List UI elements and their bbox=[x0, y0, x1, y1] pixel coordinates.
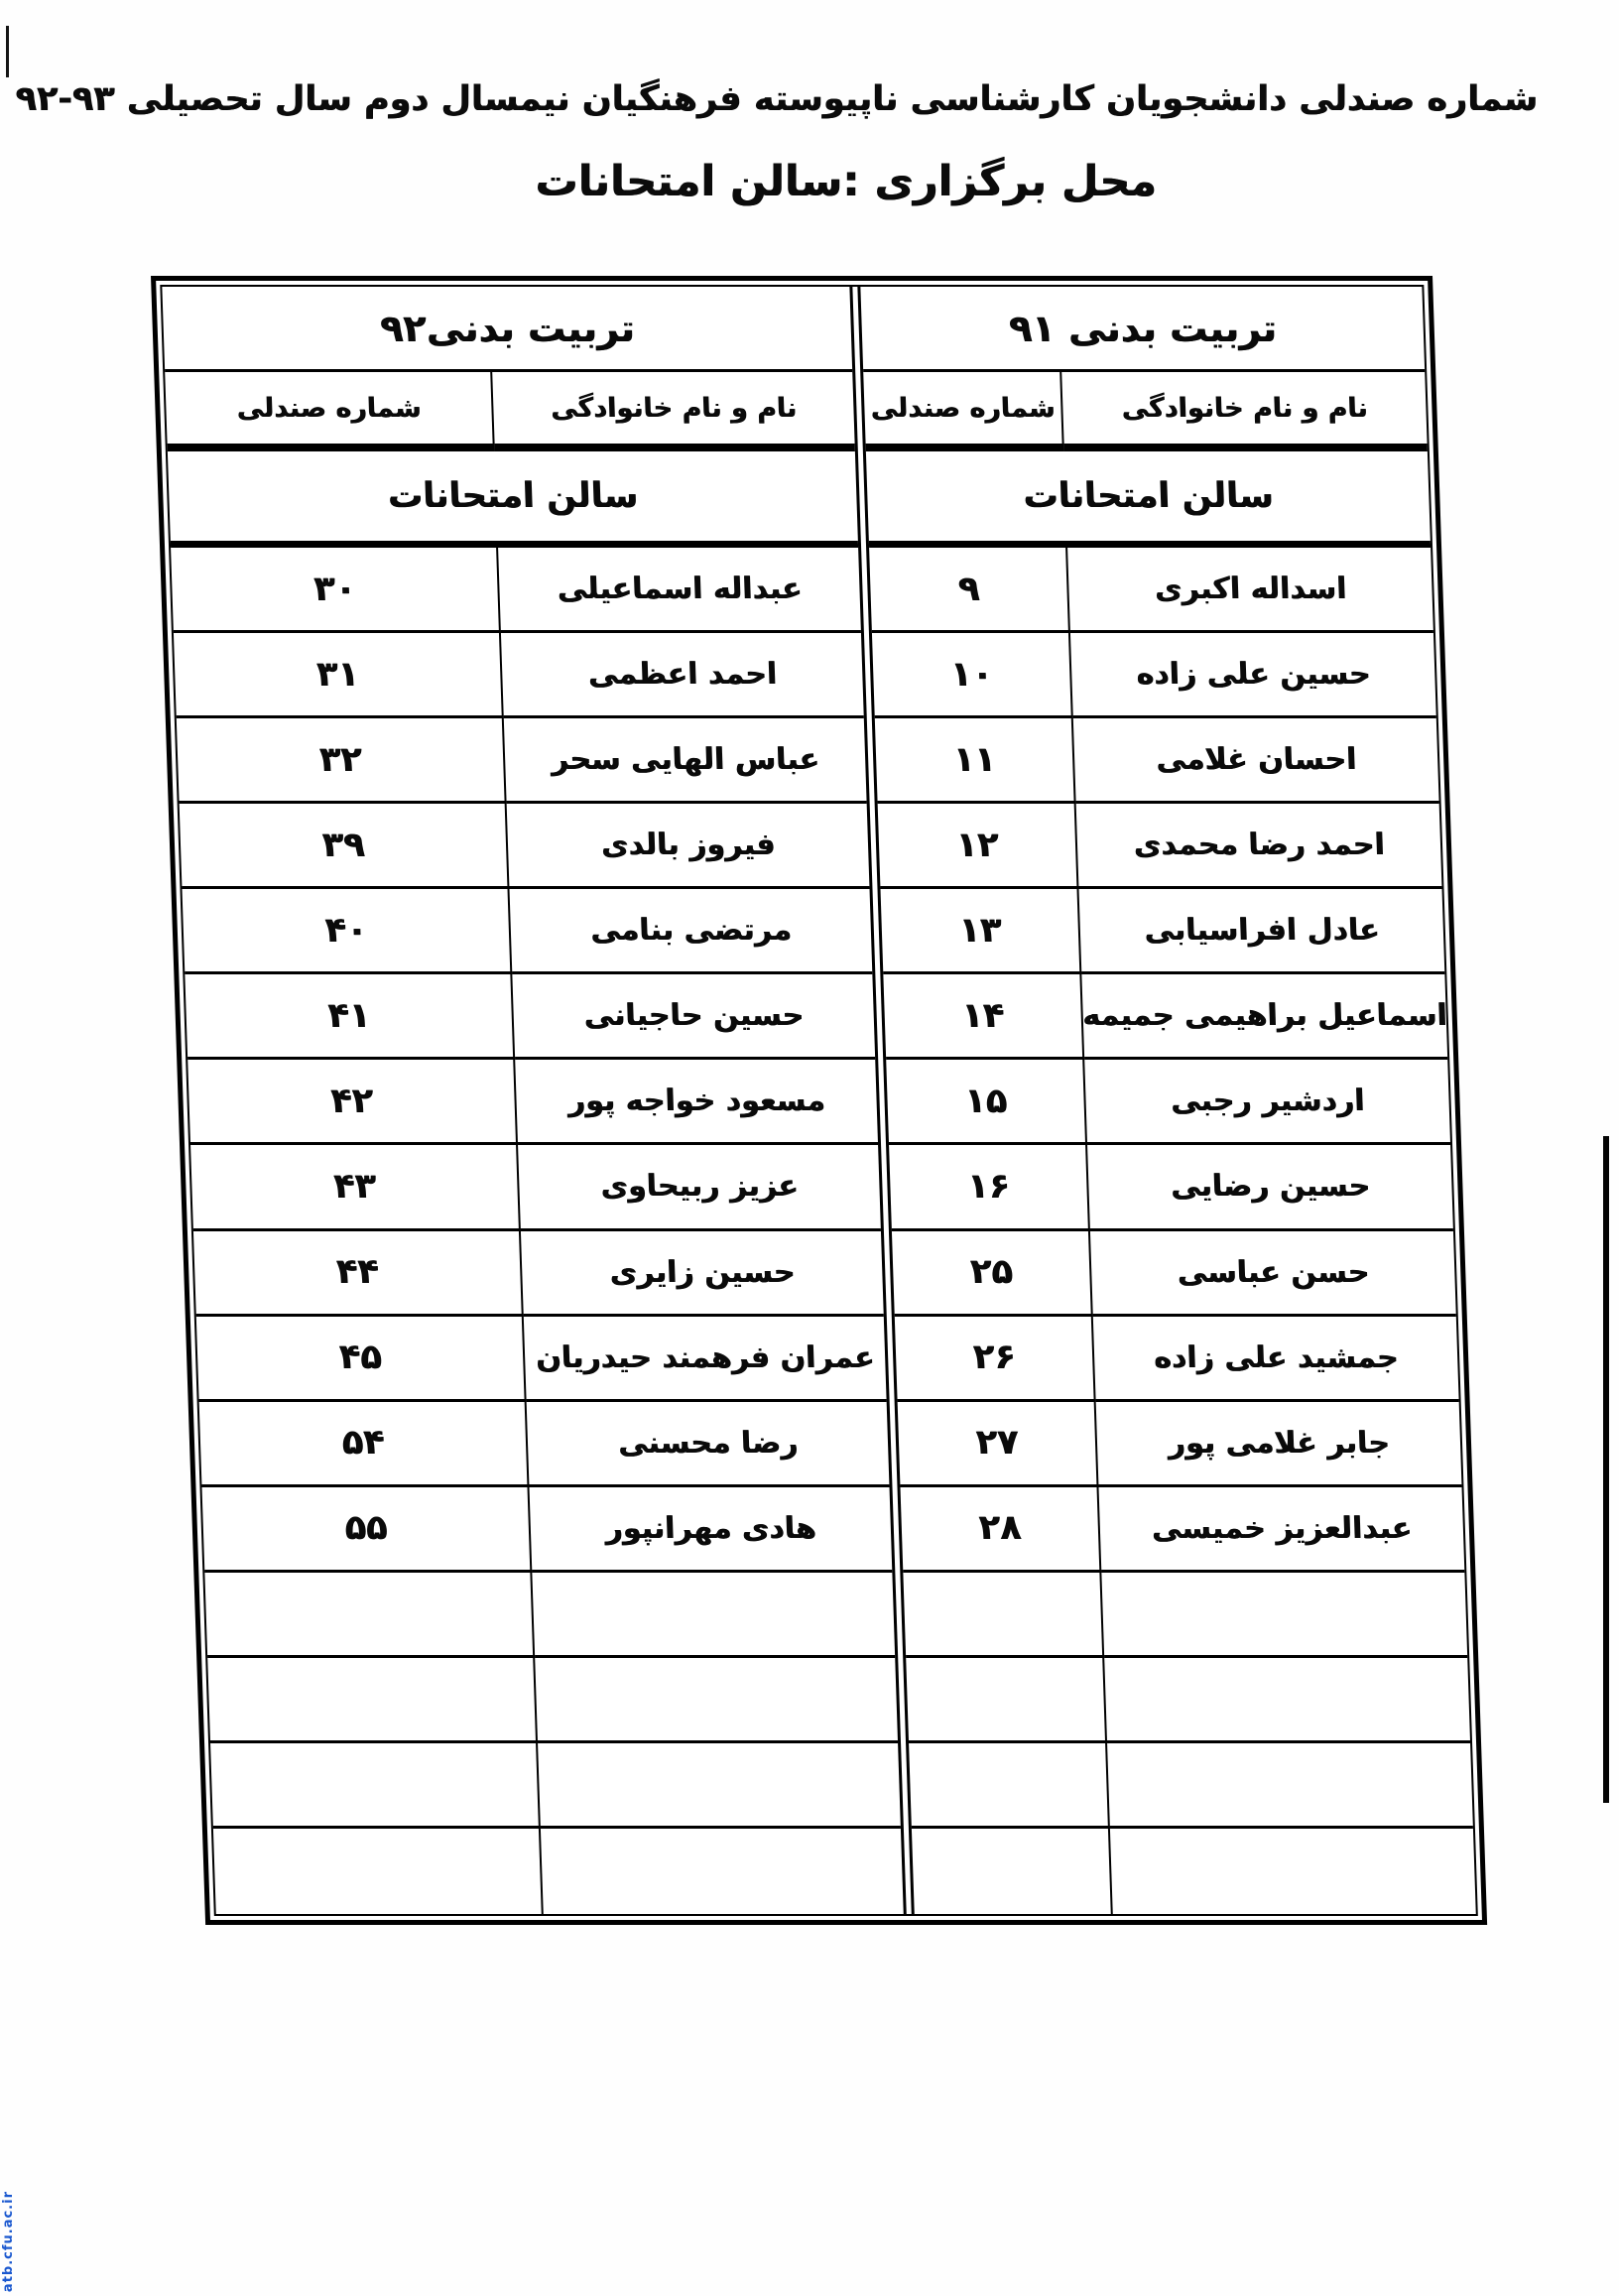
student-name-cell: فیروز بالدی bbox=[507, 804, 870, 889]
page-subtitle: محل برگزاری :سالن امتحانات bbox=[79, 157, 1612, 206]
seat-number-cell: ۱۳ bbox=[881, 889, 1082, 974]
group-title-92: تربیت بدنی۹۲ bbox=[162, 287, 852, 372]
student-name-cell: احسان غلامی bbox=[1073, 718, 1439, 804]
student-name-cell: عزیز ربیحاوی bbox=[518, 1145, 881, 1230]
seat-number-cell: ۳۰ bbox=[171, 548, 501, 633]
student-name-cell bbox=[538, 1743, 901, 1829]
seat-number-cell: ۲۸ bbox=[900, 1487, 1101, 1573]
student-name-cell: مسعود خواجه پور bbox=[515, 1060, 878, 1145]
student-name-cell: حسین حاجیانی bbox=[512, 974, 875, 1060]
seat-number-cell: ۲۷ bbox=[898, 1402, 1099, 1487]
seat-number-cell: ۲۵ bbox=[892, 1231, 1093, 1317]
seat-number-cell: ۴۴ bbox=[193, 1231, 524, 1317]
seat-number-cell bbox=[906, 1658, 1107, 1743]
seat-number-cell bbox=[207, 1658, 538, 1743]
seat-number-cell: ۲۶ bbox=[895, 1317, 1096, 1402]
scanned-document-page: { "page": { "title": "شماره صندلی دانشجو… bbox=[0, 0, 1619, 2296]
table-inner-border: تربیت بدنی۹۲ شماره صندلی نام و نام خانوا… bbox=[160, 285, 1478, 1916]
seat-number-cell bbox=[912, 1829, 1113, 1914]
seat-number-cell: ۱۱ bbox=[875, 718, 1076, 804]
student-name-cell bbox=[535, 1658, 898, 1743]
student-name-cell bbox=[1110, 1829, 1476, 1914]
student-name-cell: اسداله اکبری bbox=[1067, 548, 1433, 633]
seat-number-cell: ۱۶ bbox=[889, 1145, 1090, 1230]
scan-stray-line bbox=[1603, 1136, 1609, 1803]
student-name-cell: عباس الهایی سحر bbox=[504, 718, 867, 804]
student-name-cell: حسین زایری bbox=[521, 1231, 884, 1317]
scan-corner-mark bbox=[6, 26, 9, 77]
student-name-cell: احمد رضا محمدی bbox=[1076, 804, 1442, 889]
seat-number-header: شماره صندلی bbox=[165, 372, 495, 451]
student-name-cell: حسین رضایی bbox=[1087, 1145, 1453, 1230]
seat-number-cell bbox=[210, 1743, 541, 1829]
student-name-cell: جمشید علی زاده bbox=[1093, 1317, 1459, 1402]
student-name-cell bbox=[1101, 1573, 1467, 1658]
student-name-cell bbox=[1107, 1743, 1473, 1829]
seating-table: تربیت بدنی۹۲ شماره صندلی نام و نام خانوا… bbox=[151, 276, 1487, 1925]
seat-number-cell: ۵۴ bbox=[199, 1402, 530, 1487]
table-half-91: تربیت بدنی ۹۱ شماره صندلی نام و نام خانو… bbox=[857, 287, 1475, 1914]
student-name-cell: هادی مهرانپور bbox=[529, 1487, 892, 1573]
seat-number-cell: ۳۱ bbox=[174, 633, 504, 718]
student-name-cell: احمد اعظمی bbox=[501, 633, 864, 718]
student-name-cell: اسماعیل براهیمی جمیمه bbox=[1081, 974, 1447, 1060]
seat-number-cell: ۱۰ bbox=[872, 633, 1073, 718]
seat-number-cell: ۱۲ bbox=[878, 804, 1079, 889]
seat-number-cell: ۴۱ bbox=[185, 974, 515, 1060]
seat-number-cell: ۳۹ bbox=[180, 804, 510, 889]
seat-number-cell: ۴۰ bbox=[183, 889, 513, 974]
seat-number-cell: ۱۵ bbox=[886, 1060, 1087, 1145]
student-name-cell: عادل افراسیابی bbox=[1079, 889, 1445, 974]
site-watermark: atb.cfu.ac.ir bbox=[1, 2191, 16, 2292]
student-name-cell: رضا محسنی bbox=[527, 1402, 890, 1487]
seat-number-cell bbox=[213, 1829, 544, 1914]
seat-number-cell: ۹ bbox=[869, 548, 1070, 633]
student-name-cell: عبداله اسماعیلی bbox=[498, 548, 861, 633]
full-name-header: نام و نام خانوادگی bbox=[492, 372, 855, 451]
student-name-cell: حسن عباسی bbox=[1090, 1231, 1456, 1317]
student-name-cell: عمران فرهمند حیدریان bbox=[524, 1317, 887, 1402]
student-name-cell: اردشیر رجبی bbox=[1084, 1060, 1450, 1145]
full-name-header: نام و نام خانوادگی bbox=[1061, 372, 1428, 451]
seat-number-cell: ۴۵ bbox=[196, 1317, 527, 1402]
seat-number-cell: ۵۵ bbox=[201, 1487, 532, 1573]
student-name-cell: عبدالعزیز خمیسی bbox=[1098, 1487, 1464, 1573]
table-half-92: تربیت بدنی۹۲ شماره صندلی نام و نام خانوا… bbox=[162, 287, 906, 1914]
student-name-cell bbox=[532, 1573, 895, 1658]
seat-number-cell bbox=[204, 1573, 535, 1658]
student-name-cell bbox=[1104, 1658, 1470, 1743]
student-name-cell: حسین علی زاده bbox=[1070, 633, 1436, 718]
student-name-cell bbox=[541, 1829, 904, 1914]
table-outer-border: تربیت بدنی۹۲ شماره صندلی نام و نام خانوا… bbox=[151, 276, 1487, 1925]
student-name-cell: جابر غلامی پور bbox=[1096, 1402, 1462, 1487]
group-title-91: تربیت بدنی ۹۱ bbox=[860, 287, 1425, 372]
seat-number-cell: ۳۲ bbox=[177, 718, 507, 804]
seat-number-cell: ۴۲ bbox=[187, 1060, 518, 1145]
student-name-cell: مرتضی بنامی bbox=[510, 889, 873, 974]
exam-hall-section-label: سالن امتحانات bbox=[168, 451, 858, 548]
seat-number-cell: ۱۴ bbox=[883, 974, 1084, 1060]
exam-hall-section-label: سالن امتحانات bbox=[866, 451, 1431, 548]
seat-number-cell bbox=[909, 1743, 1110, 1829]
seat-number-cell: ۴۳ bbox=[190, 1145, 521, 1230]
seat-number-header: شماره صندلی bbox=[863, 372, 1064, 451]
seat-number-cell bbox=[903, 1573, 1104, 1658]
page-title: شماره صندلی دانشجویان کارشناسی ناپیوسته … bbox=[40, 79, 1538, 119]
